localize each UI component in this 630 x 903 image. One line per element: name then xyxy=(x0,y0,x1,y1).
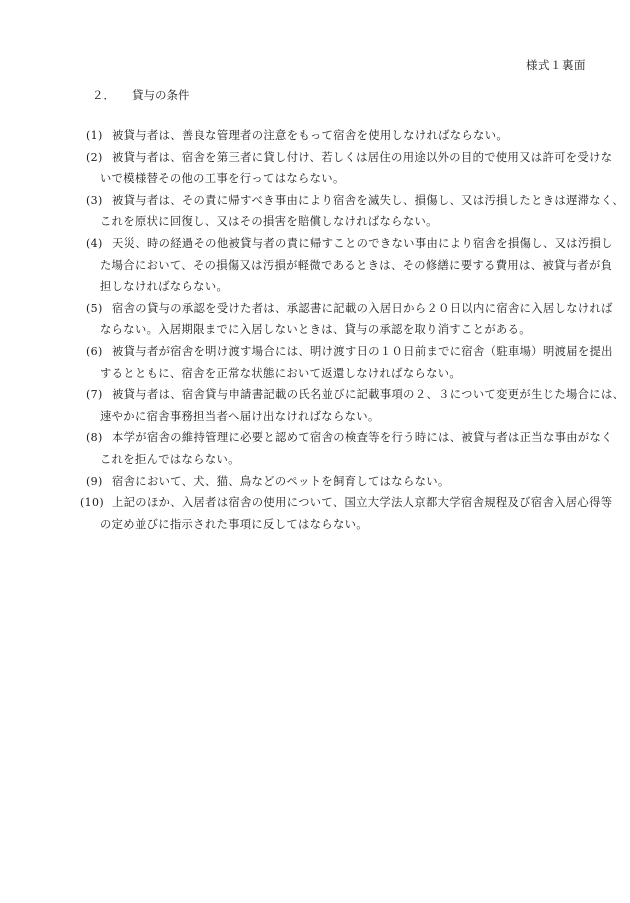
clause-9: (9)宿舎において、犬、猫、鳥などのペットを飼育してはならない。 xyxy=(0,474,630,496)
section-heading: ２．貸与の条件 xyxy=(92,87,190,103)
clause-text: 被貸与者は、宿舎を第三者に貸し付け、若しくは居住の用途以外の目的で使用又は許可を… xyxy=(112,150,612,166)
clause-text-continued: 速やかに宿舎事務担当者へ届け出なければならない。 xyxy=(100,409,380,425)
clause-8: (8)本学が宿舎の維持管理に必要と認めて宿舎の検査等を行う時には、被貸与者は正当… xyxy=(0,430,630,473)
clause-text: 被貸与者は、善良な管理者の注意をもって宿舎を使用しなければならない。 xyxy=(112,128,508,144)
clause-number: (1) xyxy=(86,128,103,144)
clause-text-continued: ならない。入居期限までに入居しないときは、貸与の承認を取り消すことがある。 xyxy=(100,322,531,338)
clause-1: (1)被貸与者は、善良な管理者の注意をもって宿舎を使用しなければならない。 xyxy=(0,128,630,150)
clause-number: (7) xyxy=(86,387,103,403)
clause-text-continued: た場合において、その損傷又は汚損が軽微であるときは、その修繕に要する費用は、被貸… xyxy=(100,258,612,274)
clause-5: (5)宿舎の貸与の承認を受けた者は、承認書に記載の入居日から２０日以内に宿舎に入… xyxy=(0,301,630,344)
clause-text-continued: これを拒んではならない。 xyxy=(100,452,240,468)
clause-4: (4)天災、時の経過その他被貸与者の責に帰すことのできない事由により宿舎を損傷し… xyxy=(0,236,630,301)
clause-text-continued: これを原状に回復し、又はその損害を賠償しなければならない。 xyxy=(100,214,438,230)
clause-number: (10) xyxy=(80,495,104,511)
clause-number: (6) xyxy=(86,344,103,360)
clause-10: (10)上記のほか、入居者は宿舎の使用について、国立大学法人京都大学宿舎規程及び… xyxy=(0,495,630,538)
clause-text: 被貸与者は、宿舎貸与申請書記載の氏名並びに記載事項の２、３について変更が生じた場… xyxy=(112,387,624,403)
clause-text: 被貸与者が宿舎を明け渡す場合には、明け渡す日の１０日前までに宿舎（駐車場）明渡届… xyxy=(112,344,613,360)
clause-text: 上記のほか、入居者は宿舎の使用について、国立大学法人京都大学宿舎規程及び宿舎入居… xyxy=(112,495,612,511)
clause-text-continued: するとともに、宿舎を正常な状態において返還しなければならない。 xyxy=(100,366,461,382)
clause-list: (1)被貸与者は、善良な管理者の注意をもって宿舎を使用しなければならない。 (2… xyxy=(0,128,630,538)
clause-text: 天災、時の経過その他被貸与者の責に帰すことのできない事由により宿舎を損傷し、又は… xyxy=(112,236,613,252)
clause-number: (8) xyxy=(86,430,103,446)
clause-text: 被貸与者は、その責に帰すべき事由により宿舎を滅失し、損傷し、又は汚損したときは遅… xyxy=(112,193,624,209)
section-title: 貸与の条件 xyxy=(132,88,190,102)
clause-number: (9) xyxy=(86,474,103,490)
section-number: ２． xyxy=(92,87,132,103)
clause-text: 宿舎の貸与の承認を受けた者は、承認書に記載の入居日から２０日以内に宿舎に入居しな… xyxy=(112,301,613,317)
clause-text: 宿舎において、犬、猫、鳥などのペットを飼育してはならない。 xyxy=(112,474,450,490)
clause-text-continued: いで模様替その他の工事を行ってはならない。 xyxy=(100,171,345,187)
clause-2: (2)被貸与者は、宿舎を第三者に貸し付け、若しくは居住の用途以外の目的で使用又は… xyxy=(0,150,630,193)
clause-number: (3) xyxy=(86,193,103,209)
clause-number: (2) xyxy=(86,150,103,166)
clause-7: (7)被貸与者は、宿舎貸与申請書記載の氏名並びに記載事項の２、３について変更が生… xyxy=(0,387,630,430)
form-label: 様式１裏面 xyxy=(526,57,586,73)
clause-text-continued: の定め並びに指示された事項に反してはならない。 xyxy=(100,517,368,533)
clause-3: (3)被貸与者は、その責に帰すべき事由により宿舎を滅失し、損傷し、又は汚損したと… xyxy=(0,193,630,236)
clause-number: (5) xyxy=(86,301,103,317)
clause-text: 本学が宿舎の維持管理に必要と認めて宿舎の検査等を行う時には、被貸与者は正当な事由… xyxy=(112,430,613,446)
clause-number: (4) xyxy=(86,236,103,252)
document-page: 様式１裏面 ２．貸与の条件 (1)被貸与者は、善良な管理者の注意をもって宿舎を使… xyxy=(0,0,630,903)
clause-text-continued: 担しなければならない。 xyxy=(100,279,228,295)
clause-6: (6)被貸与者が宿舎を明け渡す場合には、明け渡す日の１０日前までに宿舎（駐車場）… xyxy=(0,344,630,387)
